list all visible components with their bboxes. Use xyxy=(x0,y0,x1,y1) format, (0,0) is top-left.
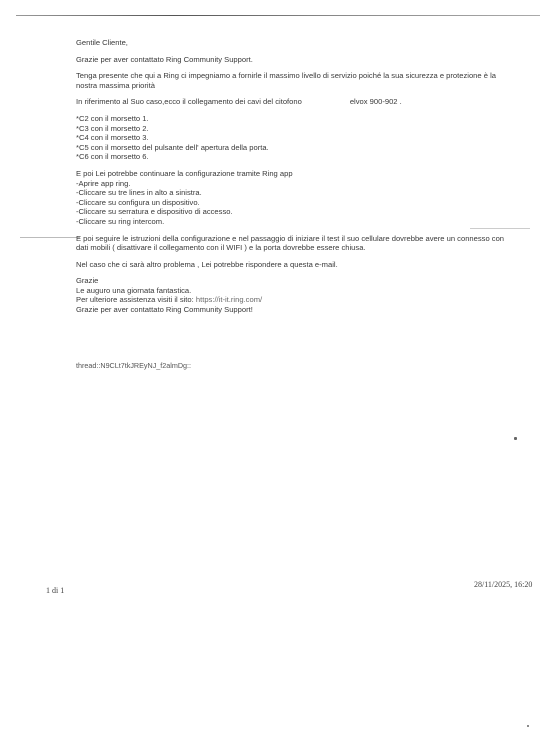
scan-artifact-top-line xyxy=(16,15,540,16)
app-step: -Cliccare su configura un dispositivo. xyxy=(76,198,506,208)
thanks-line: Grazie per aver contattato Ring Communit… xyxy=(76,55,506,65)
app-step: -Cliccare su tre lines in alto a sinistr… xyxy=(76,188,506,198)
app-step: -Cliccare su serratura e dispositivo di … xyxy=(76,207,506,217)
closing-line: Grazie xyxy=(76,276,506,286)
assistance-line: Per ulteriore assistenza visiti il sito:… xyxy=(76,295,506,305)
wiring-list: *C2 con il morsetto 1. *C3 con il morset… xyxy=(76,114,506,162)
app-steps: E poi Lei potrebbe continuare la configu… xyxy=(76,169,506,227)
app-intro: E poi Lei potrebbe continuare la configu… xyxy=(76,169,506,179)
wiring-item: *C3 con il morsetto 2. xyxy=(76,124,506,134)
wiring-item: *C2 con il morsetto 1. xyxy=(76,114,506,124)
app-step: -Aprire app ring. xyxy=(76,179,506,189)
device-model: elvox 900-902 . xyxy=(350,97,402,106)
print-datetime: 28/11/2025, 16:20 xyxy=(474,580,532,589)
thread-id: thread::N9CLt7tkJREyNJ_f2almDg:: xyxy=(76,361,191,370)
scan-speck xyxy=(514,437,517,440)
reference-paragraph: In riferimento al Suo caso,ecco il colle… xyxy=(76,97,506,107)
scan-speck xyxy=(527,725,529,727)
problem-note: Nel caso che ci sarà altro problema , Le… xyxy=(76,260,506,270)
reference-text: In riferimento al Suo caso,ecco il colle… xyxy=(76,97,302,106)
wiring-item: *C5 con il morsetto del pulsante dell' a… xyxy=(76,143,506,153)
intro-paragraph: Tenga presente che qui a Ring ci impegni… xyxy=(76,71,506,90)
closing-line: Le auguro una giornata fantastica. xyxy=(76,286,506,296)
greeting: Gentile Cliente, xyxy=(76,38,506,48)
app-step: -Cliccare su ring intercom. xyxy=(76,217,506,227)
wiring-item: *C6 con il morsetto 6. xyxy=(76,152,506,162)
final-thanks: Grazie per aver contattato Ring Communit… xyxy=(76,305,506,315)
page-indicator: 1 di 1 xyxy=(46,586,64,595)
assistance-prefix: Per ulteriore assistenza visiti il sito: xyxy=(76,295,194,304)
assistance-link[interactable]: https://it-it.ring.com/ xyxy=(196,295,262,304)
closing-block: Grazie Le auguro una giornata fantastica… xyxy=(76,276,506,314)
instructions-paragraph: E poi seguire le istruzioni della config… xyxy=(76,234,506,253)
wiring-item: *C4 con il morsetto 3. xyxy=(76,133,506,143)
email-body: Gentile Cliente, Grazie per aver contatt… xyxy=(76,38,506,322)
scan-artifact-line xyxy=(20,237,80,238)
